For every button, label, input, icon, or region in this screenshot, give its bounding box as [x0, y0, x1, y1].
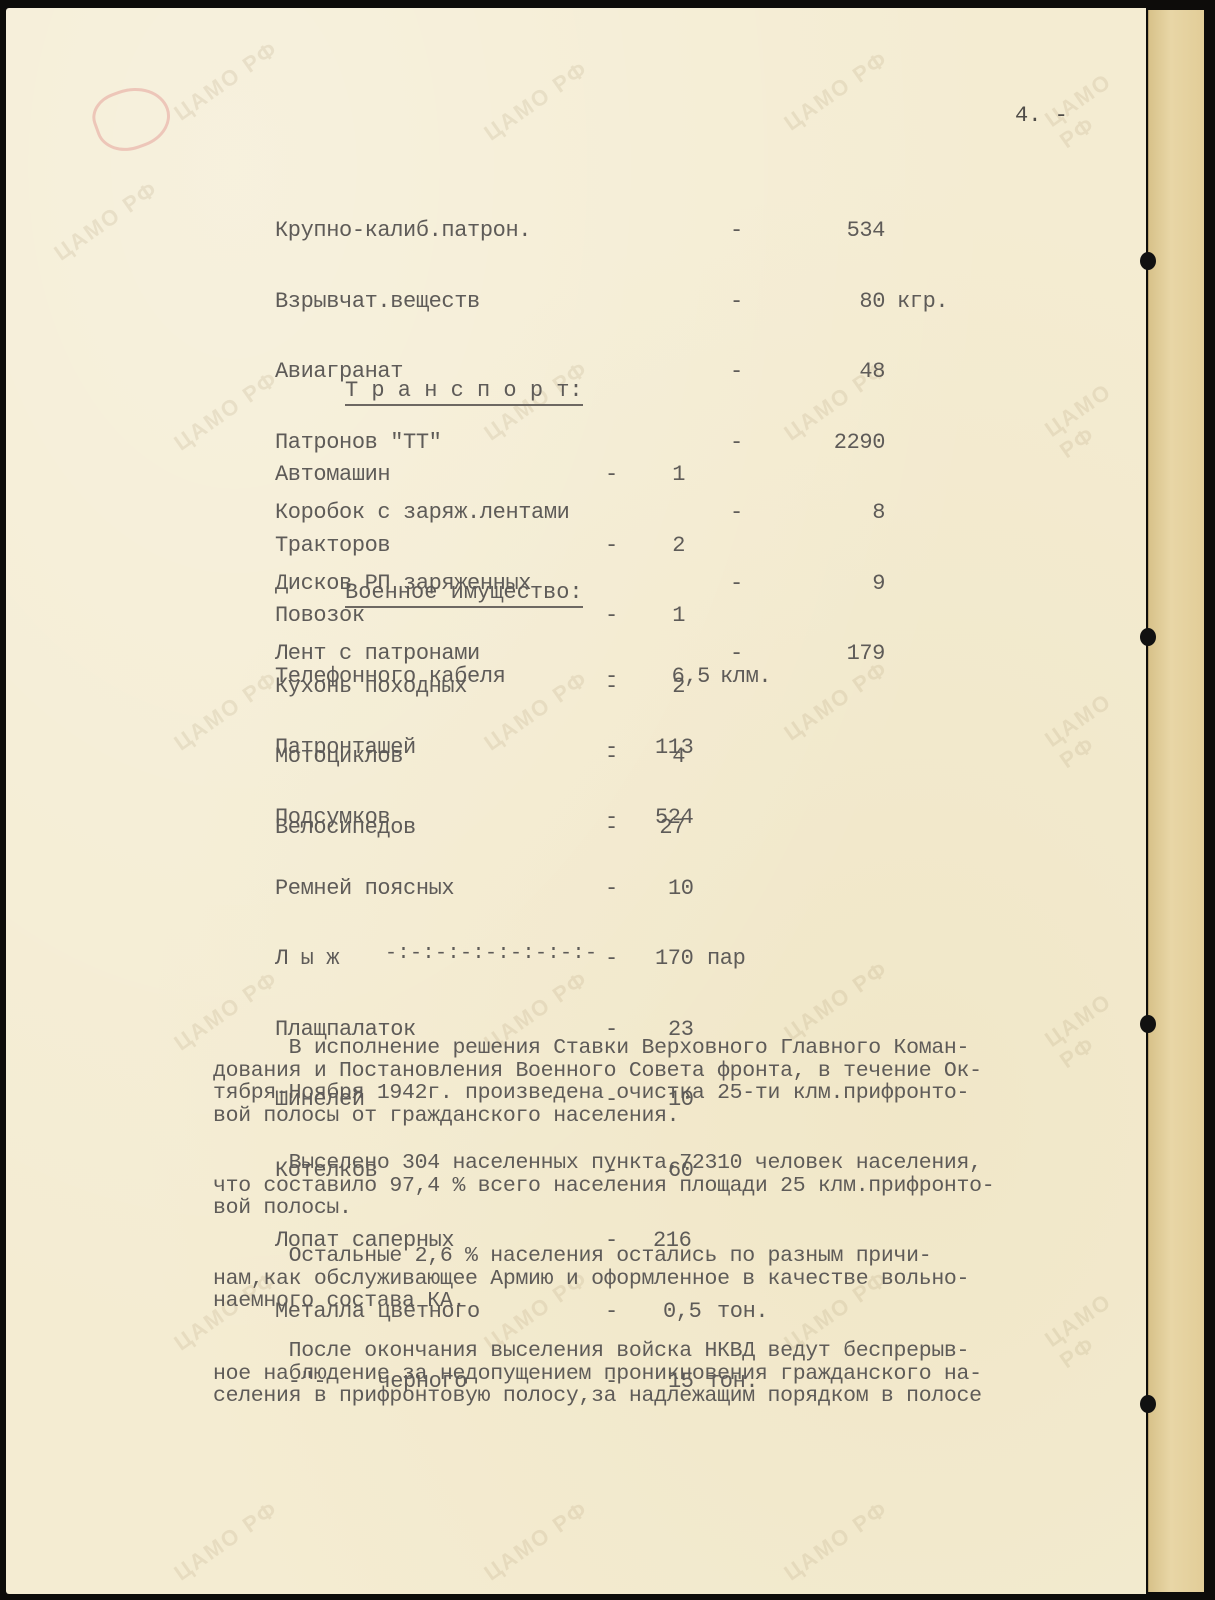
item-value: 10	[668, 877, 708, 901]
punch-hole	[1140, 1395, 1156, 1413]
item-dash: -	[605, 947, 618, 971]
paragraph-line: вой полосы от гражданского населения.	[213, 1105, 1113, 1128]
item-value: 8	[795, 501, 885, 525]
item-dash: -	[730, 572, 743, 596]
watermark: ЦАМО РФ	[169, 36, 283, 127]
item-dash: -	[605, 463, 618, 487]
binding-strip	[1148, 10, 1204, 1592]
paragraph-line: В исполнение решения Ставки Верховного Г…	[213, 1037, 1113, 1060]
item-unit: клм.	[720, 665, 771, 689]
watermark: ЦАМО РФ	[1040, 674, 1152, 774]
paragraph-line: нам,как обслуживающее Армию и оформленно…	[213, 1268, 1113, 1291]
punch-hole	[1140, 252, 1156, 270]
item-value: 524	[655, 806, 703, 830]
paragraph-line: тября-Ноября 1942г. произведена очистка …	[213, 1082, 1113, 1105]
item-unit: пар	[707, 947, 745, 971]
watermark: ЦАМО РФ	[779, 46, 893, 137]
paragraph-line: ное наблюдение за недопущением проникнов…	[213, 1363, 1113, 1386]
watermark: ЦАМО РФ	[1040, 364, 1152, 464]
item-dash: -	[605, 534, 618, 558]
item-label: Тракторов	[275, 534, 390, 558]
faded-red-stamp	[86, 77, 178, 160]
item-dash: -	[605, 665, 618, 689]
item-dash: -	[605, 806, 618, 830]
item-unit: кгр.	[897, 290, 948, 314]
item-dash: -	[730, 431, 743, 455]
list-item: Телефонного кабеля-6,5клм.	[275, 665, 301, 689]
item-value: 6,5	[660, 665, 710, 689]
list-item: Л ы ж-170пар	[275, 947, 301, 971]
paragraph-line: селения в прифронтовую полосу,за надлежа…	[213, 1385, 1113, 1408]
list-item: Взрывчат.веществ-80кгр.	[275, 290, 301, 314]
item-label: Подсумков	[275, 806, 390, 830]
watermark: ЦАМО РФ	[479, 1496, 593, 1587]
paragraph-line: что составило 97,4 % всего населения пло…	[213, 1175, 1113, 1198]
item-value: 48	[795, 360, 885, 384]
item-value: 2290	[795, 431, 885, 455]
punch-hole	[1140, 628, 1156, 646]
item-dash: -	[730, 219, 743, 243]
paragraph-line: После окончания выселения войска НКВД ве…	[213, 1340, 1113, 1363]
military-property-heading: Военное имущество:	[345, 580, 583, 608]
item-dash: -	[730, 642, 743, 666]
list-item: Ремней поясных-10	[275, 877, 301, 901]
list-item: Подсумков-524	[275, 806, 301, 830]
paragraph-line: вой полосы.	[213, 1197, 1113, 1220]
list-item: Автомашин-1	[275, 463, 301, 487]
item-dash: -	[605, 736, 618, 760]
item-dash: -	[730, 290, 743, 314]
item-dash: -	[605, 604, 618, 628]
paragraph-line: наемного состава КА.	[213, 1290, 1113, 1313]
paragraph-line: Остальные 2,6 % населения остались по ра…	[213, 1245, 1113, 1268]
paragraph: После окончания выселения войска НКВД ве…	[213, 1340, 1113, 1408]
paragraph: Выселено 304 населенных пункта,72310 чел…	[213, 1152, 1113, 1220]
watermark: ЦАМО РФ	[479, 56, 593, 147]
list-item: Тракторов-2	[275, 534, 301, 558]
item-value: 80	[795, 290, 885, 314]
watermark: ЦАМО РФ	[779, 1496, 893, 1587]
watermark: ЦАМО РФ	[169, 1496, 283, 1587]
list-item: Патронташей-113	[275, 736, 301, 760]
item-value: 170	[655, 947, 703, 971]
item-label: Ремней поясных	[275, 877, 454, 901]
item-label: Крупно-калиб.патрон.	[275, 219, 531, 243]
paragraph: В исполнение решения Ставки Верховного Г…	[213, 1037, 1113, 1127]
item-value: 9	[795, 572, 885, 596]
item-label: Патронташей	[275, 736, 416, 760]
paragraph-line: Выселено 304 населенных пункта,72310 чел…	[213, 1152, 1113, 1175]
item-value: 1	[635, 463, 685, 487]
watermark: ЦАМО РФ	[49, 176, 163, 267]
item-label: Коробок с заряж.лентами	[275, 501, 569, 525]
watermark: ЦАМО РФ	[779, 656, 893, 747]
transport-heading: Т р а н с п о р т:	[345, 378, 583, 406]
punch-hole	[1140, 1015, 1156, 1033]
item-dash: -	[730, 360, 743, 384]
item-label: Л ы ж	[275, 947, 339, 971]
item-value: 1	[635, 604, 685, 628]
item-value: 2	[635, 534, 685, 558]
list-item: Авиагранат-48	[275, 360, 301, 384]
item-value: 534	[795, 219, 885, 243]
item-label: Автомашин	[275, 463, 390, 487]
item-label: Телефонного кабеля	[275, 665, 505, 689]
item-value: 113	[655, 736, 703, 760]
paragraph-line: дования и Постановления Военного Совета …	[213, 1060, 1113, 1083]
watermark: ЦАМО РФ	[169, 366, 283, 457]
paragraph: Остальные 2,6 % населения остались по ра…	[213, 1245, 1113, 1313]
item-dash: -	[730, 501, 743, 525]
item-dash: -	[605, 877, 618, 901]
item-label: Лент с патронами	[275, 642, 480, 666]
watermark: ЦАМО РФ	[779, 956, 893, 1047]
item-label: Взрывчат.веществ	[275, 290, 480, 314]
page-number: 4. -	[1015, 103, 1068, 128]
list-item: Крупно-калиб.патрон.-534	[275, 219, 301, 243]
item-value: 179	[795, 642, 885, 666]
watermark: ЦАМО РФ	[169, 666, 283, 757]
section-separator: -:-:-:-:-:-:-:-:-	[385, 942, 598, 965]
